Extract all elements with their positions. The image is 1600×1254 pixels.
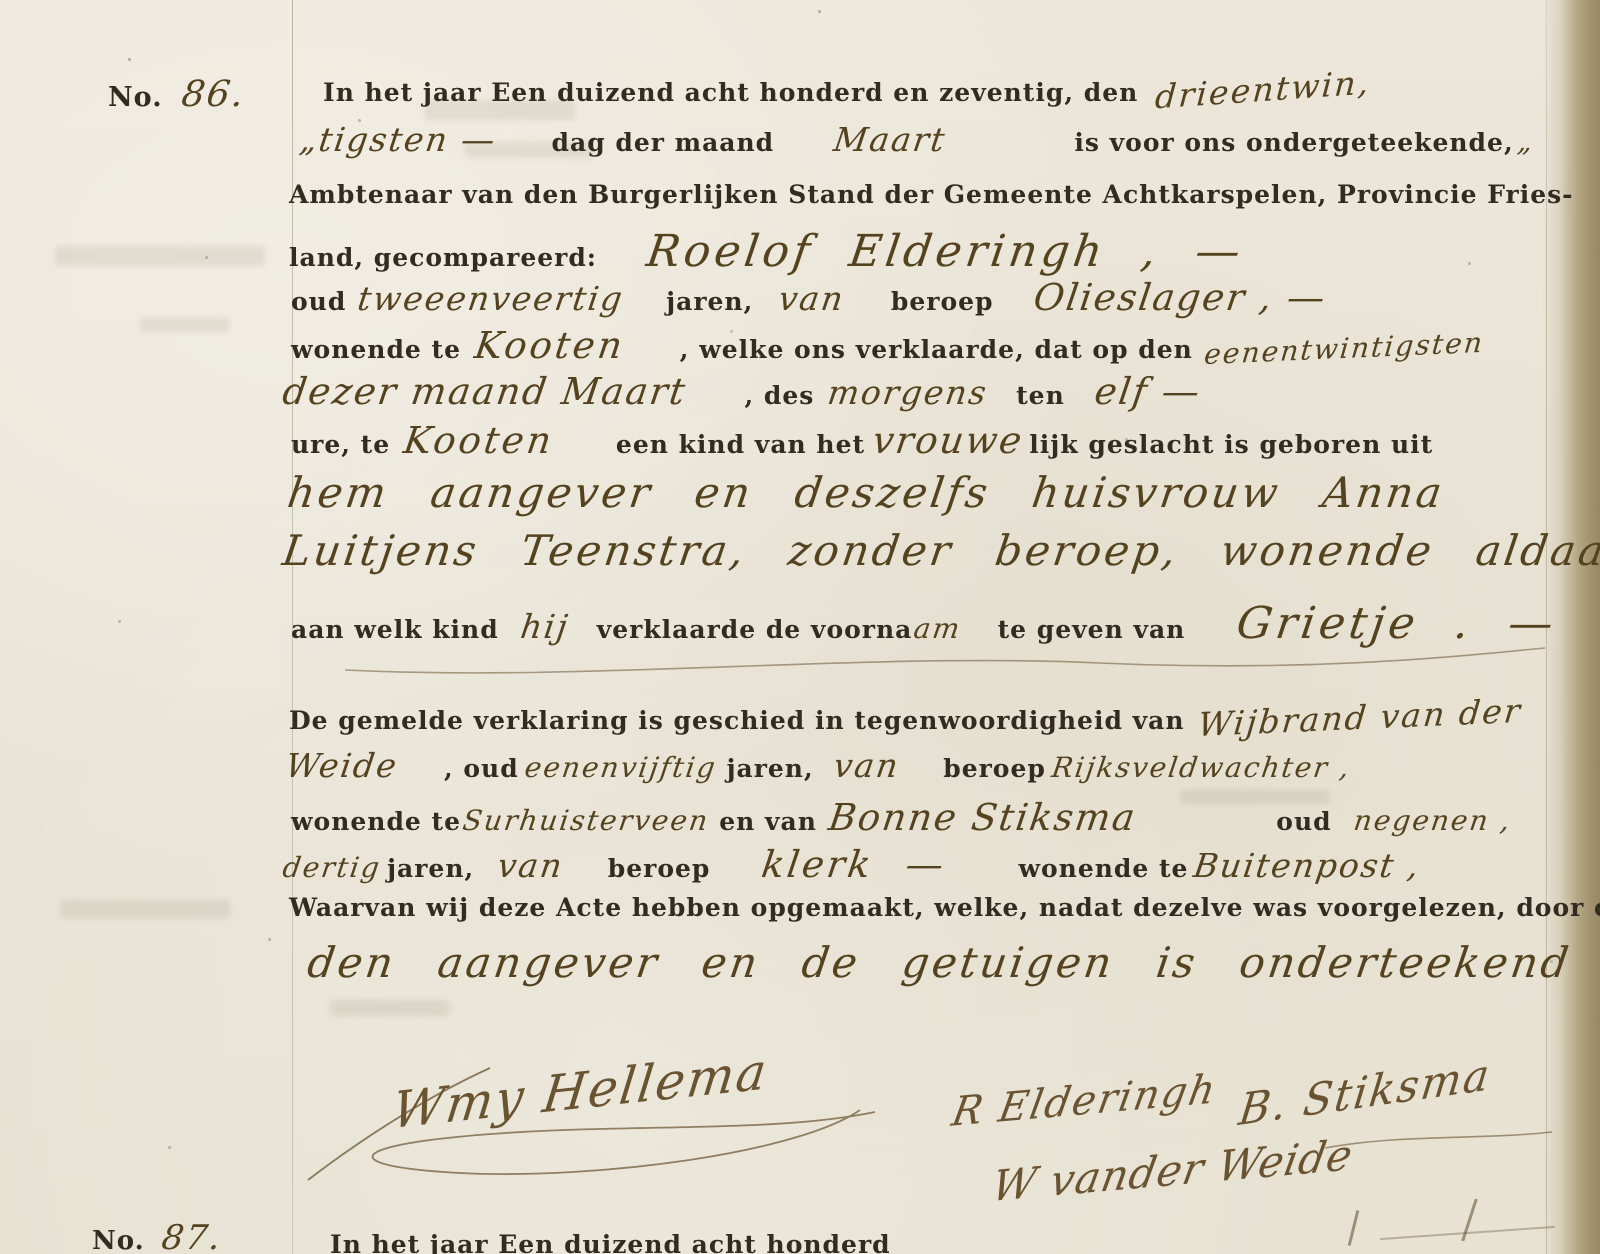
- handwritten-text: negenen ,: [1351, 804, 1513, 837]
- document-line-9: hem aangever en deszelfs huisvrouw Anna: [288, 468, 1444, 517]
- handwritten-text: Bonne Stiksma: [826, 796, 1139, 839]
- printed-text: jaren,: [666, 287, 753, 316]
- printed-text: , welke ons verklaarde, dat op den: [680, 335, 1193, 364]
- ink-flourish-underline: [340, 642, 1550, 682]
- printed-text: , oud: [444, 754, 519, 783]
- handwritten-text: drieentwin,: [1154, 63, 1372, 117]
- document-line-12: De gemelde verklaring is geschied in teg…: [289, 698, 1521, 737]
- handwritten-text: eenenvijftig: [522, 751, 718, 784]
- handwritten-text: klerk —: [759, 843, 949, 886]
- next-act-number-label: No.: [92, 1226, 145, 1254]
- printed-text: beroep: [943, 754, 1046, 783]
- printed-text: De gemelde verklaring is geschied in teg…: [289, 706, 1185, 735]
- bleed-through-mark: [60, 900, 230, 918]
- signature-flourish-stiksma: [1320, 1128, 1560, 1156]
- printed-text: wonende te: [291, 335, 461, 364]
- ink-stroke: [1348, 1210, 1360, 1246]
- printed-text: lijk geslacht is geboren uit: [1029, 430, 1433, 459]
- handwritten-text: vrouwe: [870, 419, 1026, 462]
- handwritten-text: „tigsten —: [297, 120, 499, 159]
- handwritten-text: eenentwintigsten: [1203, 326, 1486, 371]
- printed-text: en van: [719, 807, 817, 836]
- handwritten-text: Buitenpost ,: [1192, 846, 1424, 885]
- handwritten-text: dezer maand Maart: [280, 370, 690, 413]
- handwritten-text: Luitjens Teenstra, zonder beroep, wonend…: [280, 526, 1600, 575]
- printed-text: land, gecompareerd:: [289, 243, 597, 272]
- handwritten-text: Olieslager , —: [1030, 276, 1328, 319]
- handwritten-text: tweeenveertig: [356, 279, 627, 318]
- document-line-5: oudtweeenveertigjaren,vanberoepOlieslage…: [291, 276, 1326, 319]
- handwritten-text: dertig: [281, 851, 384, 884]
- handwritten-text: Wijbrand van der: [1196, 691, 1524, 744]
- printed-text: ure, te: [291, 430, 390, 459]
- ink-stroke: [1461, 1199, 1477, 1242]
- ink-specks: [128, 58, 131, 61]
- document-line-1: In het jaar Een duizend acht honderd en …: [323, 70, 1370, 109]
- handwritten-text: morgens: [826, 373, 991, 412]
- document-line-8: ure, teKooteneen kind van hetvrouwelijk …: [291, 419, 1433, 462]
- handwritten-text: Roelof Elderingh , —: [643, 226, 1247, 277]
- printed-text: is voor ons ondergeteekende,: [1074, 128, 1513, 157]
- signature-witness-stiksma: B. Stiksma: [1236, 1050, 1494, 1137]
- printed-text: jaren,: [387, 854, 474, 883]
- document-line-16: Waarvan wij deze Acte hebben opgemaakt, …: [289, 893, 1600, 922]
- printed-text: wonende te: [1018, 854, 1188, 883]
- handwritten-text: Maart: [831, 120, 949, 159]
- next-act-first-line: In het jaar Een duizend acht honderd: [330, 1230, 891, 1254]
- document-line-10: Luitjens Teenstra, zonder beroep, wonend…: [283, 526, 1600, 575]
- printed-text: beroep: [891, 287, 994, 316]
- signature-flourish-hellema: [300, 1040, 920, 1190]
- printed-text: aan welk kind: [291, 615, 499, 644]
- handwritten-text: van: [495, 846, 566, 885]
- printed-text: oud: [291, 287, 346, 316]
- printed-text: te geven van: [998, 615, 1186, 644]
- act-number: No. 86.: [108, 74, 245, 115]
- handwritten-text: van: [831, 746, 902, 785]
- handwritten-text: Kooten: [401, 419, 557, 462]
- document-line-17: den aangever en de getuigen is onderteek…: [308, 938, 1600, 987]
- printed-text: wonende te: [291, 807, 461, 836]
- document-line-6: wonende teKooten, welke ons verklaarde, …: [291, 324, 1483, 367]
- printed-text: oud: [1276, 807, 1331, 836]
- printed-text: Waarvan wij deze Acte hebben opgemaakt, …: [289, 893, 1600, 922]
- act-number-value: 86.: [179, 74, 248, 115]
- handwritten-text: Rijksveldwachter ,: [1050, 751, 1353, 784]
- document-line-15: dertigjaren,vanberoepklerk —wonende teBu…: [283, 843, 1421, 886]
- printed-text: verklaarde de voorna: [597, 615, 913, 644]
- bleed-through-mark: [140, 318, 230, 332]
- document-line-3: Ambtenaar van den Burgerlijken Stand der…: [289, 180, 1574, 209]
- printed-text: een kind van het: [616, 430, 865, 459]
- handwritten-text: Weide: [283, 746, 400, 785]
- document-line-2: „tigsten —dag der maandMaartis voor ons …: [300, 120, 1534, 159]
- next-act-number-value: 87.: [159, 1218, 225, 1254]
- bleed-through-mark: [330, 1000, 450, 1016]
- handwritten-text: hem aangever en deszelfs huisvrouw Anna: [285, 468, 1448, 517]
- handwritten-text: Kooten: [472, 324, 628, 367]
- handwritten-text: elf —: [1092, 370, 1204, 413]
- printed-text: beroep: [608, 854, 711, 883]
- handwritten-text: am: [912, 612, 964, 645]
- handwritten-text: hij: [518, 607, 572, 646]
- birth-record-scan: No. 86. In het jaar Een duizend acht hon…: [0, 0, 1600, 1254]
- signature-witness-van-der-weide: W vander Weide: [988, 1130, 1357, 1211]
- next-act-number: No. 87.: [92, 1218, 222, 1254]
- printed-text: Ambtenaar van den Burgerlijken Stand der…: [289, 180, 1574, 209]
- handwritten-text: den aangever en de getuigen is onderteek…: [305, 938, 1600, 987]
- printed-text: In het jaar Een duizend acht honderd: [330, 1230, 891, 1254]
- document-line-4: land, gecompareerd:Roelof Elderingh , —: [289, 226, 1244, 277]
- printed-text: dag der maand: [552, 128, 775, 157]
- bleed-through-mark: [55, 246, 265, 266]
- act-number-label: No.: [108, 82, 163, 113]
- printed-text: In het jaar Een duizend acht honderd en …: [323, 78, 1138, 107]
- printed-text: ten: [1016, 381, 1065, 410]
- handwritten-text: „: [1515, 125, 1536, 158]
- handwritten-text: Surhuisterveen: [461, 804, 712, 837]
- document-line-13: Weide, oudeenenvijftigjaren,vanberoepRij…: [286, 746, 1351, 785]
- document-line-7: dezer maand Maart, desmorgenstenelf —: [283, 370, 1201, 413]
- handwritten-text: van: [777, 279, 848, 318]
- document-line-14: wonende teSurhuisterveenen vanBonne Stik…: [291, 796, 1511, 839]
- printed-text: , des: [744, 381, 814, 410]
- signature-declarant-father: R Elderingh: [948, 1066, 1220, 1136]
- printed-text: jaren,: [726, 754, 813, 783]
